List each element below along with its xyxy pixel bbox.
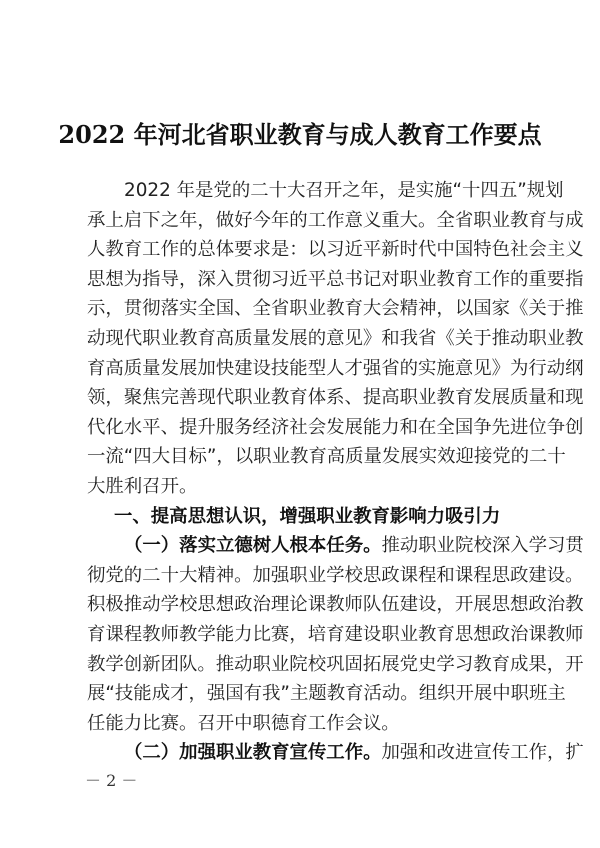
item-1-line: 展“技能成才，强国有我”主题教育活动。组织开展中职班主: [87, 679, 517, 709]
page-number: － 2 －: [85, 768, 137, 791]
item-1-line: 教学创新团队。推动职业院校巩固拓展党史学习教育成果，开: [87, 650, 517, 680]
intro-paragraph-line: 大胜利召开。: [87, 472, 517, 502]
intro-paragraph-line: 2022 年是党的二十大召开之年，是实施“十四五”规划: [87, 176, 517, 206]
intro-paragraph-line: 领，聚焦完善现代职业教育体系、提高职业教育发展质量和现: [87, 383, 517, 413]
document-page: 2022 年河北省职业教育与成人教育工作要点 2022 年是党的二十大召开之年，…: [0, 0, 600, 848]
item-2-lead: （二）加强职业教育宣传工作。: [124, 742, 381, 763]
intro-paragraph-line: 育高质量发展加快建设技能型人才强省的实施意见》为行动纲: [87, 354, 517, 384]
document-body: 2022 年是党的二十大召开之年，是实施“十四五”规划 承上启下之年，做好今年的…: [87, 176, 517, 768]
section-heading: 一、提高思想认识，增强职业教育影响力吸引力: [87, 502, 517, 532]
intro-paragraph-line: 一流“四大目标”，以职业教育高质量发展实效迎接党的二十: [87, 442, 517, 472]
intro-paragraph-line: 示，贯彻落实全国、全省职业教育大会精神，以国家《关于推: [87, 294, 517, 324]
item-1-first-line: （一）落实立德树人根本任务。推动职业院校深入学习贯: [87, 531, 517, 561]
item-1-line: 积极推动学校思想政治理论课教师队伍建设，开展思想政治教: [87, 590, 517, 620]
item-1-line: 育课程教师教学能力比赛，培育建设职业教育思想政治课教师: [87, 620, 517, 650]
intro-paragraph-line: 代化水平、提升服务经济社会发展能力和在全国争先进位争创: [87, 413, 517, 443]
intro-paragraph-line: 思想为指导，深入贯彻习近平总书记对职业教育工作的重要指: [87, 265, 517, 295]
item-2-first-line: （二）加强职业教育宣传工作。加强和改进宣传工作，扩: [87, 738, 517, 768]
intro-paragraph-line: 承上启下之年，做好今年的工作意义重大。全省职业教育与成: [87, 206, 517, 236]
item-1-lead: （一）落实立德树人根本任务。: [124, 535, 381, 556]
document-title: 2022 年河北省职业教育与成人教育工作要点: [0, 117, 600, 153]
item-2-first-line-rest: 加强和改进宣传工作，扩: [381, 742, 583, 763]
item-1-first-line-rest: 推动职业院校深入学习贯: [381, 535, 583, 556]
item-1-line: 任能力比赛。召开中职德育工作会议。: [87, 709, 517, 739]
intro-paragraph-line: 人教育工作的总体要求是：以习近平新时代中国特色社会主义: [87, 235, 517, 265]
intro-paragraph-line: 动现代职业教育高质量发展的意见》和我省《关于推动职业教: [87, 324, 517, 354]
item-1-line: 彻党的二十大精神。加强职业学校思政课程和课程思政建设。: [87, 561, 517, 591]
